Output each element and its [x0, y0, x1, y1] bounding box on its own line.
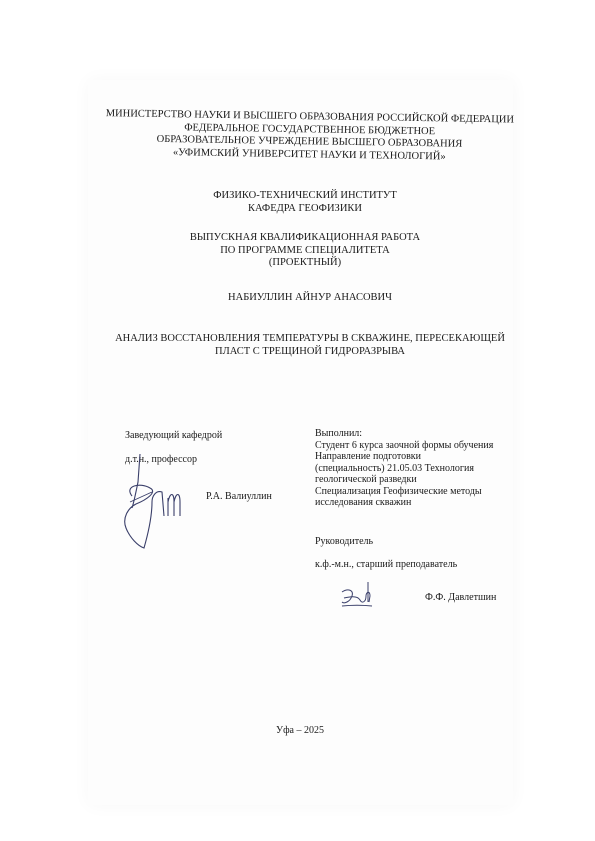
supervisor-degree: к.ф.-м.н., старший преподаватель [315, 559, 457, 570]
work-type-line: ПО ПРОГРАММЕ СПЕЦИАЛИТЕТА [170, 245, 440, 258]
performed-line: Выполнил: [315, 428, 493, 440]
head-name: Р.А. Валиуллин [206, 491, 272, 502]
ministry-header: МИНИСТЕРСТВО НАУКИ И ВЫСШЕГО ОБРАЗОВАНИЯ… [99, 108, 520, 165]
performed-line: (специальность) 21.05.03 Технология [315, 463, 493, 475]
department-name: КАФЕДРА ГЕОФИЗИКИ [180, 203, 430, 216]
head-role: Заведующий кафедрой [125, 430, 222, 442]
performed-line: исследования скважин [315, 497, 493, 509]
institute-block: ФИЗИКО-ТЕХНИЧЕСКИЙ ИНСТИТУТ КАФЕДРА ГЕОФ… [180, 190, 430, 215]
work-type-line: (ПРОЕКТНЫЙ) [170, 257, 440, 270]
supervisor-role: Руководитель [315, 536, 373, 547]
performed-line: геологической разведки [315, 474, 493, 486]
title-line: ПЛАСТ С ТРЕЩИНОЙ ГИДРОРАЗРЫВА [100, 346, 520, 359]
performed-by-block: Выполнил: Студент 6 курса заочной формы … [315, 428, 493, 509]
supervisor-name: Ф.Ф. Давлетшин [425, 592, 496, 603]
work-type-line: ВЫПУСКНАЯ КВАЛИФИКАЦИОННАЯ РАБОТА [170, 232, 440, 245]
thesis-title: АНАЛИЗ ВОССТАНОВЛЕНИЯ ТЕМПЕРАТУРЫ В СКВА… [100, 333, 520, 358]
author-name: НАБИУЛЛИН АЙНУР АНАСОВИЧ [150, 292, 470, 305]
performed-line: Студент 6 курса заочной формы обучения [315, 440, 493, 452]
head-signature-icon [118, 452, 198, 552]
work-type-block: ВЫПУСКНАЯ КВАЛИФИКАЦИОННАЯ РАБОТА ПО ПРО… [170, 232, 440, 270]
supervisor-signature-icon [338, 578, 378, 610]
performed-line: Специализация Геофизические методы [315, 486, 493, 498]
institute-name: ФИЗИКО-ТЕХНИЧЕСКИЙ ИНСТИТУТ [180, 190, 430, 203]
city-year: Уфа – 2025 [230, 725, 370, 736]
performed-line: Направление подготовки [315, 451, 493, 463]
title-line: АНАЛИЗ ВОССТАНОВЛЕНИЯ ТЕМПЕРАТУРЫ В СКВА… [100, 333, 520, 346]
